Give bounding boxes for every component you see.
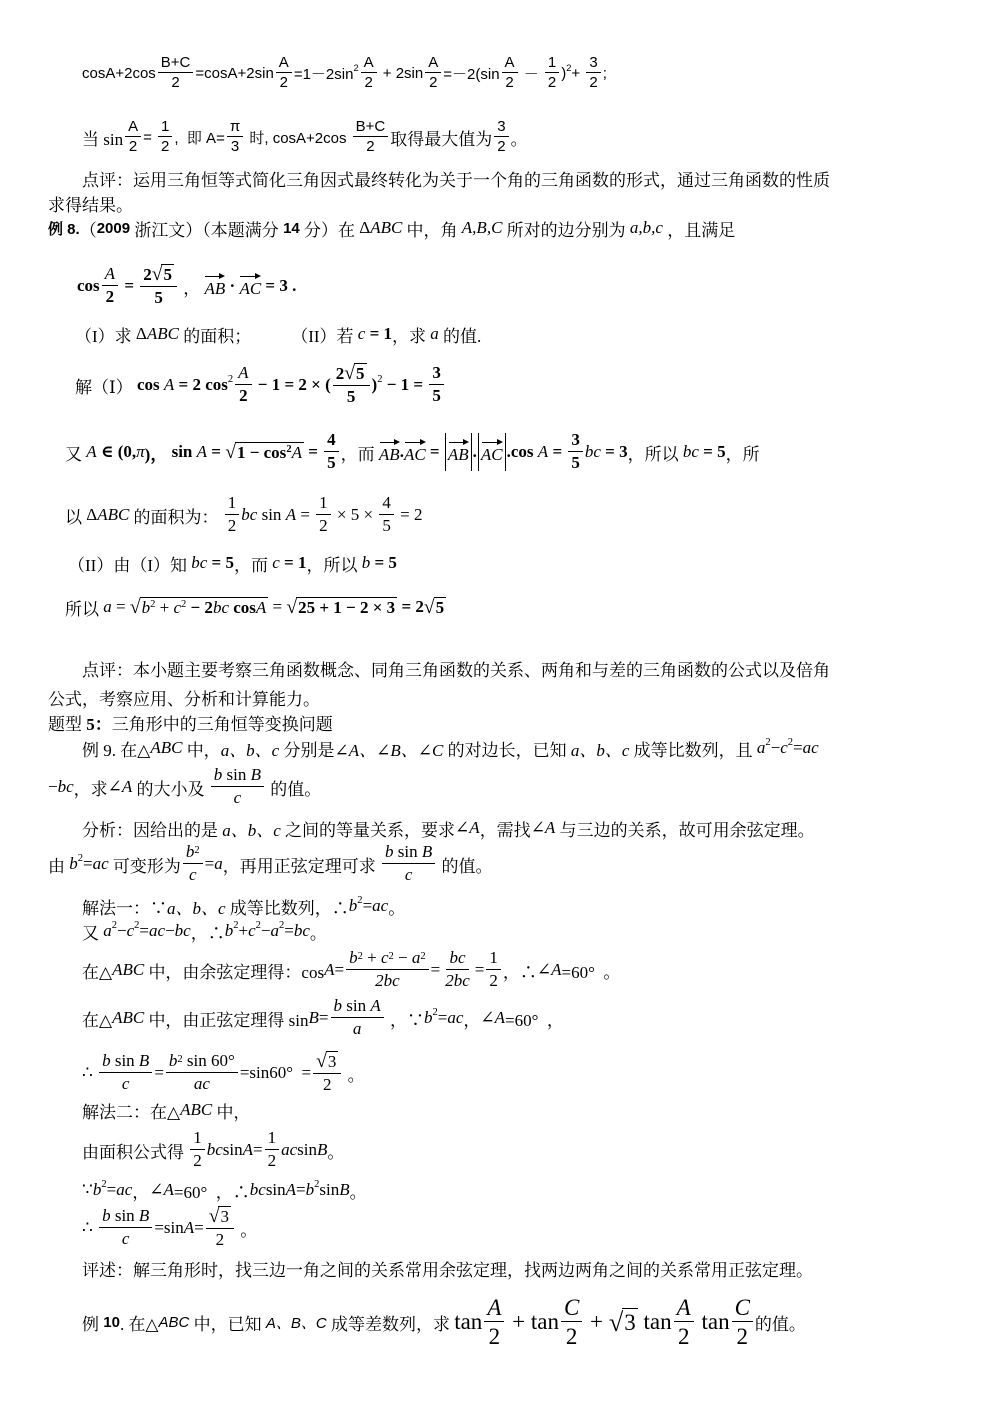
numerator: b2 <box>183 843 203 864</box>
inline-text: = <box>426 442 444 462</box>
numerator: A <box>276 55 292 74</box>
exponent: 2 <box>181 599 186 611</box>
example-number: 10 <box>103 1314 120 1331</box>
inline-text: − 2 <box>186 599 213 618</box>
inline-text: cos <box>77 276 100 296</box>
exponent: 2 <box>314 1179 319 1190</box>
inline-text: = <box>319 1008 329 1028</box>
math-variable: a,b,c <box>630 218 663 238</box>
derivation-line-1: cosA+2cos B+C2 =cosA+2sin A2 =1－2sin 2 A… <box>82 48 607 98</box>
math-variable: a、b、c <box>571 736 630 761</box>
math-variable: A <box>86 442 96 462</box>
example-8-solution-cos: 解（Ⅰ） cos A = 2 cos 2 A2 − 1 = 2 × ( 2√55… <box>75 360 446 410</box>
inline-text: 点评：运用三角恒等式简化三角因式最终转化为关于一个角的三角函数的形式，通过三角函… <box>82 166 830 191</box>
math-variable: b <box>142 599 151 618</box>
inline-text: − 1 = 2 × ( <box>254 375 331 395</box>
denominator: a <box>350 1018 365 1039</box>
numerator: 1 <box>545 55 559 74</box>
commentary-1-line-1: 点评：运用三角恒等式简化三角因式最终转化为关于一个角的三角函数的形式，通过三角函… <box>82 153 830 203</box>
exponent: 2 <box>112 920 117 931</box>
inline-text: （II）由（I）知 <box>68 551 191 576</box>
inline-text: 分）在 <box>300 216 360 241</box>
inline-text: 分别是 <box>279 736 334 761</box>
math-variable: b <box>306 1180 315 1200</box>
inline-math: tan <box>696 1309 730 1335</box>
denominator: 2bc <box>442 970 473 991</box>
example-8-solution-area: 以 Δ ABC 的面积为： 12 bc sin A = 12 × 5 × 45 … <box>65 490 422 540</box>
inline-text: 又 <box>65 440 86 465</box>
exponent: 2 <box>194 845 199 857</box>
inline-text: sin <box>111 1052 139 1071</box>
math-variable: B <box>309 1008 319 1028</box>
question-2-label: （II）若 <box>291 322 358 347</box>
exponent: 2 <box>101 1179 106 1190</box>
math-variable: ac <box>447 1008 463 1028</box>
fraction: b sin Aa <box>331 997 384 1038</box>
math-variable: bc <box>58 777 74 797</box>
exponent: 2 <box>256 920 261 931</box>
fraction: b sin Bc <box>211 766 264 807</box>
math-variable: bc <box>207 1140 223 1160</box>
math-variable: b <box>69 854 78 874</box>
inline-text: 中，由余弦定理得：cos <box>144 958 324 983</box>
square-root: √5 <box>344 363 366 384</box>
inline-text: = <box>438 1008 448 1028</box>
topic-label: 题型 <box>48 710 86 735</box>
fraction: C2 <box>561 1295 582 1350</box>
inline-math: = 1 <box>280 553 307 573</box>
coefficient: 2 <box>143 266 152 285</box>
inline-text: = 2 <box>397 597 424 617</box>
inline-text: ， <box>132 1178 149 1203</box>
inline-text: 。 <box>388 894 405 919</box>
square-root: √3 <box>609 1308 638 1335</box>
denominator: 2 <box>675 1322 693 1349</box>
inline-text: + 2sin <box>379 65 424 82</box>
magnitude-bars: AC <box>478 433 506 471</box>
math-variable: b <box>169 1052 178 1071</box>
example-8-part-2-a: 所以 a = √b2 + c2 − 2bc cosA = √25 + 1 − 2… <box>65 582 446 632</box>
inline-text: ，∵ <box>386 1006 424 1031</box>
numerator: 1 <box>265 1129 280 1150</box>
inline-text: ，而 <box>341 440 379 465</box>
math-variable: ac <box>372 896 388 916</box>
inline-text: = 3 <box>601 442 628 462</box>
solution-label: 解（Ⅰ） <box>75 373 137 398</box>
inline-text: = <box>107 1180 117 1200</box>
example-8-part-2-b: （II）由（I）知 bc = 5 ，而 c = 1 ，所以 b = 5 <box>68 538 397 588</box>
review-note: 评述：解三角形时，找三边一角之间的关系常用余弦定理，找两边两角之间的关系常用正弦… <box>82 1243 813 1293</box>
fraction: A2 <box>125 119 141 156</box>
inline-text: sin <box>266 1180 286 1200</box>
inline-text: cos <box>229 599 256 618</box>
math-variable: ∠A <box>149 1180 174 1200</box>
inline-text: − 1 = <box>382 375 427 395</box>
numerator: √3 <box>313 1051 341 1074</box>
math-variable: A <box>184 1218 194 1238</box>
math-variable: bc <box>294 921 310 941</box>
fraction: A2 <box>425 55 441 92</box>
inline-text: sin <box>223 1140 243 1160</box>
numerator: A <box>125 119 141 138</box>
radicand: 3 <box>326 1051 339 1072</box>
inline-text: = <box>793 738 803 758</box>
example-label: 例 8. <box>48 218 80 239</box>
math-variable: a <box>430 324 439 344</box>
inline-text: . <box>473 442 477 462</box>
inline-text: 解法二：在△ <box>82 1098 180 1123</box>
fraction: 32 <box>494 119 508 156</box>
fraction: 2√55 <box>140 264 177 307</box>
math-variable: a <box>103 597 112 617</box>
numerator: 2√5 <box>333 363 370 386</box>
square-root: √25 + 1 − 2 × 3 <box>286 597 397 618</box>
exponent: 2 <box>433 1007 438 1018</box>
math-variable: ac <box>116 1180 132 1200</box>
denominator: 2 <box>545 73 559 92</box>
inline-text: = <box>83 854 93 874</box>
denominator: 2 <box>316 515 331 536</box>
square-root: √5 <box>152 264 174 285</box>
inline-text: .cos <box>507 442 538 462</box>
square-root: √3 <box>316 1051 338 1072</box>
exponent: 2 <box>566 63 571 73</box>
delta-symbol: Δ <box>86 505 97 525</box>
inline-text: 又 <box>82 919 103 944</box>
inline-text: sin <box>257 505 285 525</box>
fraction: b2 + c2 − a22bc <box>346 949 429 990</box>
denominator: 2 <box>103 286 118 307</box>
math-variable: c <box>173 599 181 618</box>
denominator: 2 <box>236 385 251 406</box>
inline-text: 中， <box>182 736 220 761</box>
inline-text: sin <box>394 843 422 862</box>
inline-text: ，需找 <box>480 816 531 841</box>
math-variable: A、B、C <box>266 1312 327 1333</box>
numerator: 1 <box>316 494 331 515</box>
inline-text: =60° 。 <box>562 958 621 983</box>
math-variable: ABC <box>112 960 144 980</box>
inline-text: ， <box>463 1006 480 1031</box>
inline-text: 的值. <box>439 322 482 347</box>
exponent: 2 <box>78 853 83 864</box>
inline-text: =60° ， <box>505 1006 564 1031</box>
math-variable: bc <box>241 505 257 525</box>
inline-text: ， <box>179 274 205 299</box>
math-variable: b <box>225 921 234 941</box>
inline-text: = <box>253 1140 263 1160</box>
inline-text: 的值。 <box>755 1310 806 1335</box>
inline-text: = <box>335 960 345 980</box>
denominator: 2 <box>277 73 291 92</box>
radicand: 25 + 1 − 2 × 3 <box>296 597 397 618</box>
fraction: A2 <box>361 55 377 92</box>
numerator: C <box>561 1295 582 1322</box>
inline-text: + <box>155 599 173 618</box>
inline-text: × 5 × <box>333 505 378 525</box>
inline-text: =1－2sin <box>294 63 354 84</box>
inline-text: 中，已知 <box>189 1310 266 1335</box>
inline-text: = 3 . <box>261 276 296 296</box>
inline-text: 的大小及 <box>132 775 209 800</box>
numerator: π <box>227 119 243 138</box>
math-variable: b <box>102 1207 111 1226</box>
denominator: 2 <box>734 1322 752 1349</box>
denominator: 2 <box>320 1074 335 1095</box>
fraction: bc2bc <box>442 949 473 990</box>
fraction: A2 <box>276 55 292 92</box>
math-variable: A,B,C <box>462 218 503 238</box>
inline-text: = <box>120 276 138 296</box>
math-variable: ∠A、∠B、∠C <box>334 736 443 761</box>
example-8-solution-sin: 又 A ∈ (0, π )， sin A = √1 − cos2A = 45 ，… <box>65 427 760 477</box>
numerator: 3 <box>586 55 600 74</box>
inline-text: − <box>261 921 271 941</box>
math-variable: a <box>103 921 112 941</box>
inline-text: sin 60° <box>183 1052 235 1071</box>
denominator: 2 <box>361 73 375 92</box>
inline-text: 浙江文）（本题满分 <box>130 216 283 241</box>
inline-text: =sin <box>154 1218 183 1238</box>
inline-text: sin <box>297 1140 317 1160</box>
fraction: 12 <box>225 494 240 535</box>
math-variable: a <box>757 738 766 758</box>
math-variable: ABC <box>370 218 402 238</box>
math-variable: b <box>362 553 371 573</box>
denominator: 2 <box>168 73 182 92</box>
math-variable: b <box>93 1180 102 1200</box>
numerator: A <box>484 1295 504 1322</box>
inline-text: ，∴ <box>503 958 537 983</box>
fraction: 12 <box>486 949 501 990</box>
math-variable: b <box>186 843 195 862</box>
fraction: 45 <box>324 431 339 472</box>
exponent: 2 <box>228 374 233 385</box>
inline-text: + <box>238 921 248 941</box>
square-root: √3 <box>209 1206 231 1227</box>
inline-text: ，再用正弦定理可求 <box>223 852 380 877</box>
inline-text: 时, cosA+2cos <box>245 127 350 148</box>
inline-text: 在△ <box>82 1006 112 1031</box>
fraction: A2 <box>484 1295 504 1350</box>
inline-text: = 2 <box>396 505 423 525</box>
numerator: C <box>732 1295 753 1322</box>
numerator: 3 <box>568 431 583 452</box>
vector-ab: AB <box>448 440 469 465</box>
math-variable: a、b、c <box>221 736 280 761</box>
math-variable: ac <box>149 921 165 941</box>
vector-ac: AC <box>404 440 426 465</box>
math-variable: B <box>339 1180 349 1200</box>
inline-text: ，而 <box>234 551 272 576</box>
example-8-title: 例 8. （ 2009 浙江文）（本题满分 14 分）在 Δ ABC 中，角 A… <box>48 203 735 253</box>
inline-text: − <box>165 921 175 941</box>
numerator: bc <box>446 949 468 970</box>
math-variable: ABC <box>180 1100 212 1120</box>
inline-text: 。 <box>350 1178 367 1203</box>
inline-text: 取得最大值为 <box>390 125 492 150</box>
magnitude-bars: AB <box>445 433 472 471</box>
inline-text: 1 − cos <box>237 444 286 463</box>
inline-text: − <box>117 921 127 941</box>
radicand: 1 − cos2A <box>235 442 304 463</box>
fraction: b2c <box>183 843 203 884</box>
inline-text: 例 9. 在△ <box>82 736 150 761</box>
inline-text: 的值。 <box>437 852 492 877</box>
inline-text: = <box>284 921 294 941</box>
denominator: 2 <box>563 1322 581 1349</box>
denominator: 2 <box>586 73 600 92</box>
math-variable: ∠A <box>531 818 556 838</box>
inline-math: tan <box>454 1309 482 1335</box>
inline-text: ∵ <box>82 1180 93 1200</box>
inline-text: sin <box>342 997 370 1016</box>
math-variable: b <box>349 896 358 916</box>
inline-math: = 5 <box>370 553 397 573</box>
inline-text: ，所以 <box>306 551 361 576</box>
inline-text: cos <box>137 375 164 395</box>
inline-text: = <box>363 896 373 916</box>
year: 2009 <box>97 220 130 237</box>
inline-text: cosA+2cos <box>82 65 156 82</box>
numerator: 3 <box>494 119 508 138</box>
numerator: A <box>102 265 118 286</box>
math-variable: A <box>256 599 266 618</box>
numerator: b sin A <box>331 997 384 1018</box>
inline-text: 以 <box>65 503 86 528</box>
denominator: 5 <box>344 386 359 407</box>
fraction: 35 <box>429 364 444 405</box>
math-variable: B <box>317 1140 327 1160</box>
inline-text: 当 sin <box>82 125 123 150</box>
inline-text: , 即 A= <box>174 127 224 148</box>
math-variable: ac <box>93 854 109 874</box>
math-variable: π <box>136 442 145 462</box>
inline-text: =60° ，∴ <box>174 1178 250 1203</box>
fraction: 12 <box>158 119 172 156</box>
inline-text: 的值。 <box>266 775 321 800</box>
math-variable: ABC <box>147 324 179 344</box>
numerator: 4 <box>324 431 339 452</box>
inline-text: = <box>268 597 286 617</box>
math-variable: c <box>272 553 280 573</box>
inline-text: 的面积； <box>179 322 251 347</box>
radicand: b2 + c2 − 2bc cosA <box>140 597 269 618</box>
inline-text: = <box>304 442 322 462</box>
math-variable: B <box>139 1052 149 1071</box>
exponent: 2 <box>765 737 770 748</box>
denominator: 2 <box>426 73 440 92</box>
math-variable: a <box>412 949 421 968</box>
math-variable: A <box>370 997 380 1016</box>
math-variable: B <box>422 843 432 862</box>
inline-text: − <box>771 738 781 758</box>
square-root: √b2 + c2 − 2bc cosA <box>130 597 268 618</box>
math-variable: A <box>164 375 174 395</box>
example-9-method-1-sine-law: 在△ ABC 中，由正弦定理得 sin B = b sin Aa ，∵ b 2 … <box>82 993 564 1043</box>
math-variable: a <box>270 921 279 941</box>
fraction: 12 <box>316 494 331 535</box>
inline-text: 成等比数列，且 <box>629 736 757 761</box>
inline-text: =－2(sin <box>443 63 499 84</box>
inline-text: )， <box>145 440 172 465</box>
math-variable: ac <box>803 738 819 758</box>
denominator: 5 <box>151 287 166 308</box>
radicand: 5 <box>434 597 447 618</box>
numerator: 1 <box>158 119 172 138</box>
numerator: 1 <box>190 1129 205 1150</box>
inline-text: 的面积为： <box>129 503 223 528</box>
numerator: 2√5 <box>140 264 177 287</box>
numerator: A <box>502 55 518 74</box>
fraction: 2√55 <box>333 363 370 406</box>
inline-text: + <box>571 65 584 82</box>
inline-text: sin <box>172 442 197 462</box>
inline-text: sin <box>111 1207 139 1226</box>
numerator: A <box>361 55 377 74</box>
math-variable: c <box>358 324 366 344</box>
inline-text: 由 <box>48 852 69 877</box>
math-variable: ∠A <box>455 818 480 838</box>
fraction: A2 <box>102 265 118 306</box>
delta-symbol: Δ <box>359 218 370 238</box>
fraction: 32 <box>586 55 600 92</box>
fraction: 12 <box>545 55 559 92</box>
inline-text: ，所 <box>726 440 760 465</box>
inline-text: = <box>205 854 215 874</box>
math-variable: a、b、c <box>222 816 281 841</box>
fraction: A2 <box>502 55 518 92</box>
vector-ab: AB <box>379 440 400 465</box>
math-variable: A <box>243 1140 253 1160</box>
math-variable: bc <box>250 1180 266 1200</box>
inline-text: = <box>207 442 225 462</box>
math-variable: ∠A <box>108 777 133 797</box>
vector-ac: AC <box>481 440 503 465</box>
inline-text: 由面积公式得 <box>82 1138 188 1163</box>
document-page: cosA+2cos B+C2 =cosA+2sin A2 =1－2sin 2 A… <box>0 0 992 1403</box>
example-label: 例 <box>82 1310 103 1335</box>
denominator: 5 <box>324 452 339 473</box>
inline-text: 分析：因给出的是 <box>82 816 222 841</box>
inline-text: = <box>296 1180 306 1200</box>
numerator: A <box>235 364 251 385</box>
numerator: B+C <box>353 119 389 138</box>
numerator: b sin B <box>99 1207 152 1228</box>
math-variable: b <box>349 949 358 968</box>
example-8-questions: （I）求 Δ ABC 的面积； （II）若 c = 1 ，求 a 的值. <box>75 309 481 359</box>
inline-text: ∴ <box>82 1218 97 1238</box>
math-variable: A <box>292 444 302 463</box>
radical-sign: √ <box>609 1309 624 1335</box>
inline-text: ，所以 <box>628 440 683 465</box>
coefficient: 2 <box>336 365 345 384</box>
denominator: 2 <box>225 515 240 536</box>
numerator: 4 <box>379 494 394 515</box>
inline-text: 可变形为 <box>109 852 181 877</box>
inline-text: ，求 <box>74 775 108 800</box>
vector-ac: AC <box>239 274 261 299</box>
square-root: √5 <box>424 597 446 618</box>
inline-math: = 1 <box>365 324 392 344</box>
inline-text: ，且满足 <box>663 216 735 241</box>
inline-text: ，∴ <box>191 919 225 944</box>
math-variable: bc <box>191 553 207 573</box>
inline-text: 。 <box>343 1061 364 1086</box>
exponent: 2 <box>357 895 362 906</box>
inline-text: 中，由正弦定理得 sin <box>144 1006 308 1031</box>
inline-text: = <box>548 442 566 462</box>
